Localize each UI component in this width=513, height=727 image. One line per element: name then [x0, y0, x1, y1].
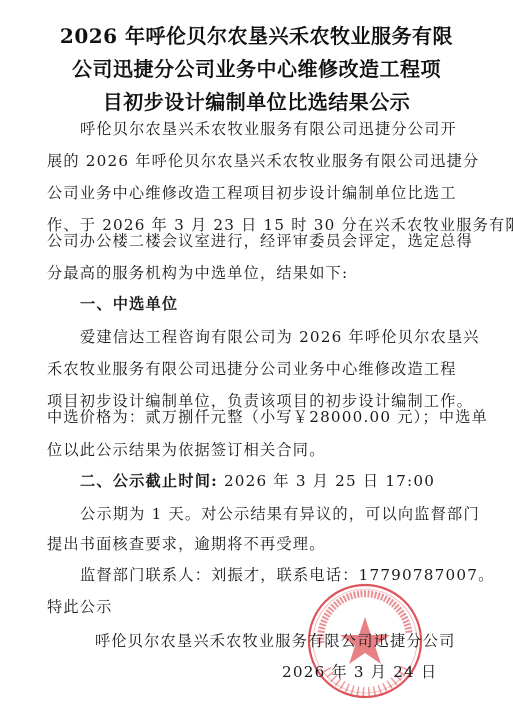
section1-line: 位以此公示结果为依据签订相关合同。: [47, 439, 326, 460]
intro-line-5: 分最高的服务机构为中选单位，结果如下:: [47, 262, 348, 283]
title-line-3: 目初步设计编制单位比选结果公示: [40, 86, 473, 119]
intro-line-4: 公司办公楼二楼会议室进行，经评审委员会评定，选定总得: [47, 230, 473, 251]
document-page: 2026 年呼伦贝尔农垦兴禾农牧业服务有限 公司迅捷分公司业务中心维修改造工程项…: [0, 0, 513, 727]
closing-line: 特此公示: [47, 596, 113, 617]
intro-line: 展的 2026 年呼伦贝尔农垦兴禾农牧业服务有限公司迅捷分: [47, 150, 479, 171]
section2-heading: 二、公示截止时间: 2026 年 3 月 25 日 17:00: [80, 470, 435, 491]
title-line-1: 2026 年呼伦贝尔农垦兴禾农牧业服务有限: [40, 20, 473, 53]
document-title: 2026 年呼伦贝尔农垦兴禾农牧业服务有限 公司迅捷分公司业务中心维修改造工程项…: [40, 20, 473, 119]
intro-line: 呼伦贝尔农垦兴禾农牧业服务有限公司迅捷分公司开: [80, 118, 457, 139]
section1-line: 爱建信达工程咨询有限公司为 2026 年呼伦贝尔农垦兴: [80, 326, 480, 347]
title-line-2: 公司迅捷分公司业务中心维修改造工程项: [40, 53, 473, 86]
intro-line: 公司业务中心维修改造工程项目初步设计编制单位比选工: [47, 182, 457, 203]
section1-line: 中选价格为：贰万捌仟元整（小写￥28000.00 元）；中选单: [47, 406, 488, 427]
section1-line: 禾农牧业服务有限公司迅捷分公司业务中心维修改造工程: [47, 358, 457, 379]
section2-line: 提出书面核查要求，逾期将不再受理。: [47, 533, 326, 554]
contact-line: 监督部门联系人：刘振才，联系电话：17790787007。: [80, 564, 494, 585]
section2-heading-label: 二、公示截止时间:: [80, 472, 218, 490]
signature-date: 2026 年 3 月 24 日: [282, 661, 437, 682]
signature-org: 呼伦贝尔农垦兴禾农牧业服务有限公司迅捷分公司: [95, 630, 456, 651]
section2-line: 公示期为 1 天。对公示结果有异议的，可以向监督部门: [80, 503, 480, 524]
section1-heading: 一、中选单位: [80, 293, 178, 314]
section2-deadline: 2026 年 3 月 25 日 17:00: [218, 472, 435, 490]
